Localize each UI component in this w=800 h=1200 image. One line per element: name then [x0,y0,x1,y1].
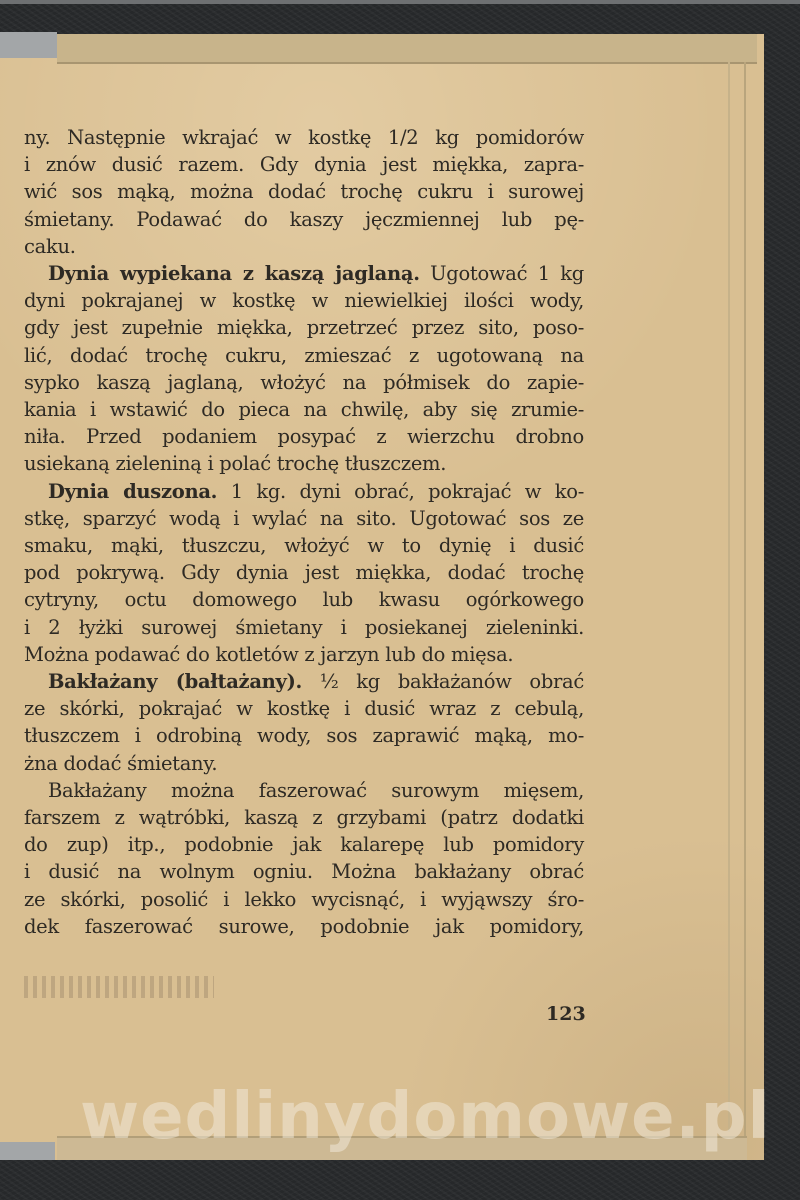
recipe-heading: Dynia wypiekana z kaszą jaglaną. [48,262,420,285]
page-right-fold [744,62,746,1142]
binding-tape-bottom [0,1142,55,1160]
paragraph: ny. Następnie wkrajać w kostkę 1/2 kg po… [24,124,584,260]
paragraph-dynia-wypiekana: Dynia wypiekana z kaszą jaglaną. Ugotowa… [24,260,584,478]
text-line: gdy jest zupełnie miękka, przetrzeć prze… [24,314,584,341]
text-line: ze skórki, posolić i lekko wycisnąć, i w… [24,886,584,913]
ink-smudge [24,976,214,998]
text-line: cytryny, octu domowego lub kwasu ogórkow… [24,586,584,613]
text-line: caku. [24,233,584,260]
text-line: farszem z wątróbki, kaszą z grzybami (pa… [24,804,584,831]
text-line: Bakłażany (bałtażany). ½ kg bakłażanów o… [24,668,584,695]
page-right-fold-inner [728,62,730,1132]
text-line: i dusić na wolnym ogniu. Można bakłażany… [24,858,584,885]
text-line: Dynia duszona. 1 kg. dyni obrać, pokraja… [24,478,584,505]
text-line: tłuszczem i odrobiną wody, sos zaprawić … [24,722,584,749]
text-line: Dynia wypiekana z kaszą jaglaną. Ugotowa… [24,260,584,287]
watermark: wedlinydomowe.pl [80,1080,720,1154]
text-line: sypko kaszą jaglaną, włożyć na półmisek … [24,369,584,396]
page-number: 123 [546,1003,586,1025]
text-line: niła. Przed podaniem posypać z wierzchu … [24,423,584,450]
text-line: stkę, sparzyć wodą i wylać na sito. Ugot… [24,505,584,532]
text-line: żna dodać śmietany. [24,750,584,777]
paragraph-baklazany: Bakłażany (bałtażany). ½ kg bakłażanów o… [24,668,584,777]
text-line: do zup) itp., podobnie jak kalarepę lub … [24,831,584,858]
text-line: usiekaną zieleniną i polać trochę tłuszc… [24,450,584,477]
text-line: i 2 łyżki surowej śmietany i posiekanej … [24,614,584,641]
text-line: ny. Następnie wkrajać w kostkę 1/2 kg po… [24,124,584,151]
book-cover-edge [0,0,800,4]
text-line: kania i wstawić do pieca na chwilę, aby … [24,396,584,423]
text-line: Można podawać do kotletów z jarzyn lub d… [24,641,584,668]
paragraph-baklazany-faszerowane: Bakłażany można faszerować surowym mięse… [24,777,584,940]
text-line: smaku, mąki, tłuszczu, włożyć w to dynię… [24,532,584,559]
page-top-fold [57,34,757,64]
recipe-heading: Dynia duszona. [48,480,217,503]
page-body-text: ny. Następnie wkrajać w kostkę 1/2 kg po… [24,124,584,940]
paragraph-dynia-duszona: Dynia duszona. 1 kg. dyni obrać, pokraja… [24,478,584,668]
recipe-heading: Bakłażany (bałtażany). [48,670,302,693]
text-line: ze skórki, pokrajać w kostkę i dusić wra… [24,695,584,722]
text-line: śmietany. Podawać do kaszy jęczmiennej l… [24,206,584,233]
text-line: Bakłażany można faszerować surowym mięse… [24,777,584,804]
text-line: dyni pokrajanej w kostkę w niewielkiej i… [24,287,584,314]
text-line: pod pokrywą. Gdy dynia jest miękka, doda… [24,559,584,586]
text-line: wić sos mąką, można dodać trochę cukru i… [24,178,584,205]
text-line: i znów dusić razem. Gdy dynia jest miękk… [24,151,584,178]
text-line: dek faszerować surowe, podobnie jak pomi… [24,913,584,940]
binding-tape-top [0,32,57,58]
text-line: lić, dodać trochę cukru, zmieszać z ugot… [24,342,584,369]
